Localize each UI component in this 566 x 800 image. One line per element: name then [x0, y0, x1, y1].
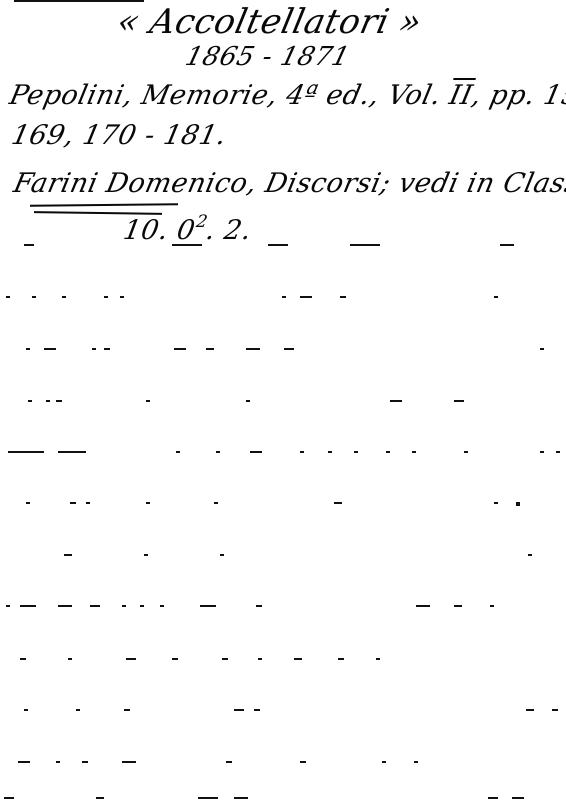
reference-1-pages-start: 156 -	[541, 80, 566, 111]
ruled-line	[0, 761, 566, 763]
ruled-line	[0, 605, 566, 607]
ruled-line	[0, 451, 566, 453]
shelfmark: 10. 02. 2.	[121, 212, 254, 246]
reference-1-line-1: Pepolini, Memorie, 4ª ed., Vol. II, pp. …	[7, 80, 566, 111]
card-title: « Accoltellatori »	[114, 2, 426, 42]
reference-1-author: Pepolini	[7, 80, 127, 111]
reference-1-pages-rest: 169, 170 - 181.	[9, 120, 230, 151]
ruled-line	[0, 244, 566, 246]
ruled-line	[0, 400, 566, 402]
catalog-card: « Accoltellatori » 1865 - 1871 Pepolini,…	[0, 0, 566, 800]
ruled-line	[0, 502, 566, 504]
shelfmark-main: 10. 0	[121, 215, 198, 246]
reference-1-pages-label: pp.	[487, 80, 538, 111]
reference-2-work: Discorsi	[262, 168, 384, 199]
reference-1-work: Memorie	[139, 80, 272, 111]
reference-2-note: vedi in Class. 83.	[396, 168, 566, 199]
ruled-line	[0, 797, 566, 799]
reference-2: Farini Domenico, Discorsi; vedi in Class…	[11, 168, 566, 199]
reference-1-edition: 4ª ed.	[283, 80, 373, 111]
ruled-line	[0, 658, 566, 660]
ruled-line	[0, 296, 566, 298]
ruled-line	[0, 554, 566, 556]
shelfmark-tail: . 2.	[204, 215, 254, 246]
ruled-line	[0, 348, 566, 350]
reference-1-volume-label: Vol.	[385, 80, 444, 111]
author-underline	[30, 203, 178, 207]
reference-2-author: Farini Domenico	[11, 168, 251, 199]
reference-1-volume: II	[447, 80, 476, 111]
reference-1-line-2: 169, 170 - 181.	[9, 120, 230, 151]
ruled-line	[0, 709, 566, 711]
card-date-range: 1865 - 1871	[182, 42, 353, 72]
